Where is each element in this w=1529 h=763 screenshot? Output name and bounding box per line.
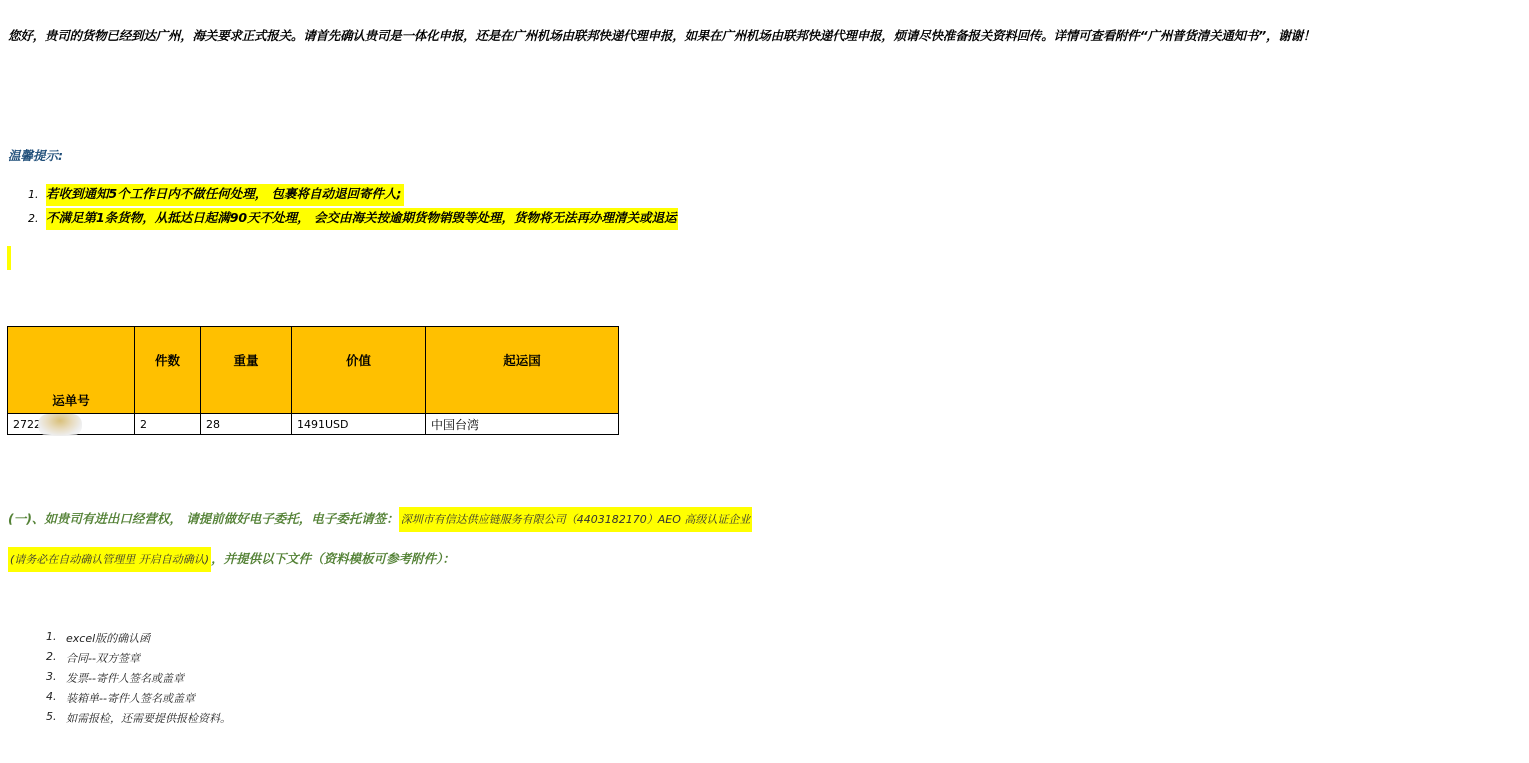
header-value: 价值 <box>292 327 426 414</box>
header-origin-country: 起运国 <box>426 327 619 414</box>
section-electronic-entrust: (一)、如贵司有进出口经营权， 请提前做好电子委托，电子委托请签：深圳市有信达供… <box>8 508 752 534</box>
cell-pieces: 2 <box>135 414 201 435</box>
cell-weight: 28 <box>201 414 292 435</box>
entrust-company-highlight: 深圳市有信达供应链服务有限公司（4403182170）AEO 高级认证企业 <box>399 507 753 532</box>
tip-number: 1. <box>28 188 39 201</box>
header-weight: 重量 <box>201 327 292 414</box>
cell-value: 1491USD <box>292 414 426 435</box>
tips-title: 温馨提示: <box>8 146 63 164</box>
header-pieces: 件数 <box>135 327 201 414</box>
cell-origin-country: 中国台湾 <box>426 414 619 435</box>
waybill-table: 运单号 件数 重量 价值 起运国 2722 2 28 1491USD 中国台湾 <box>7 326 619 435</box>
header-waybill-number: 运单号 <box>8 327 135 414</box>
documents-instruction: ，并提供以下文件（资料模板可参考附件）： <box>211 551 455 566</box>
cell-waybill-number: 2722 <box>8 414 135 435</box>
tip-text: 若收到通知5个工作日内不做任何处理， 包裹将自动退回寄件人; <box>46 184 404 206</box>
tip-text: 不满足第1条货物，从抵达日起满90天不处理， 会交由海关按逾期货物销毁等处理，货… <box>46 208 678 230</box>
redaction-blur <box>38 414 82 436</box>
table-header-row: 运单号 件数 重量 价值 起运国 <box>8 327 619 414</box>
entrust-instruction: (一)、如贵司有进出口经营权， 请提前做好电子委托，电子委托请签： <box>8 511 399 526</box>
section-auto-confirm: (请务必在自动确认管理里 开启自动确认)，并提供以下文件（资料模板可参考附件）： <box>8 548 455 574</box>
highlight-marker <box>7 246 11 270</box>
auto-confirm-highlight: (请务必在自动确认管理里 开启自动确认) <box>8 547 211 572</box>
tip-number: 2. <box>28 212 39 225</box>
table-row: 2722 2 28 1491USD 中国台湾 <box>8 414 619 435</box>
intro-paragraph: 您好，贵司的货物已经到达广州，海关要求正式报关。请首先确认贵司是一体化申报，还是… <box>8 26 1315 44</box>
